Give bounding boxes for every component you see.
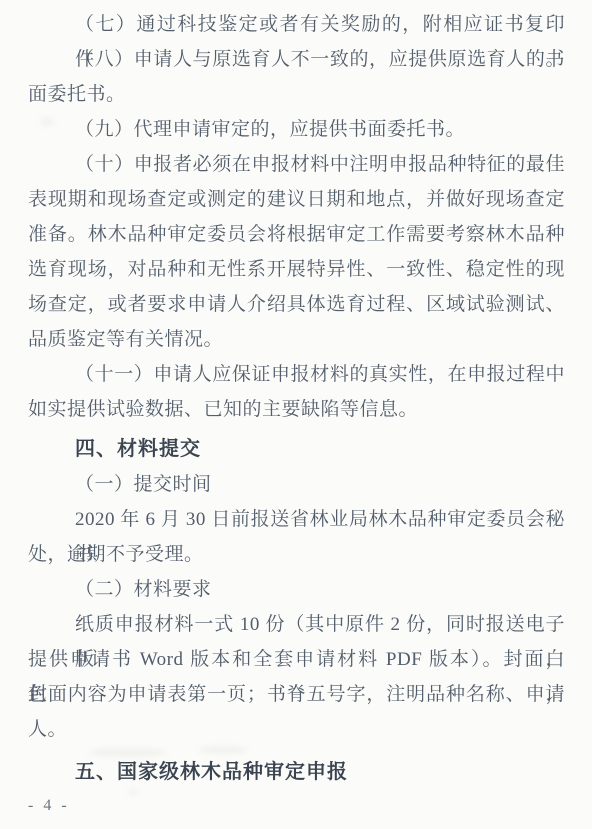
- paragraph-item-7: （七）通过科技鉴定或者有关奖励的，附相应证书复印件。: [28, 7, 565, 42]
- paragraph-item-10-line-1: （十）申报者必须在申报材料中注明申报品种特征的最佳: [28, 147, 565, 182]
- scanned-document-page: （七）通过科技鉴定或者有关奖励的，附相应证书复印件。 （八）申请人与原选育人不一…: [0, 0, 592, 829]
- paragraph-item-10-line-3: 准备。林木品种审定委员会将根据审定工作需要考察林木品种: [28, 217, 565, 252]
- paragraph-materials-line-3: 封面内容为申请表第一页；书脊五号字，注明品种名称、申请: [28, 677, 565, 712]
- paragraph-time-line-1: 2020 年 6 月 30 日前报送省林业局林木品种审定委员会秘书: [28, 502, 565, 537]
- paragraph-item-10-line-2: 表现期和现场查定或测定的建议日期和地点，并做好现场查定: [28, 182, 565, 217]
- paragraph-item-8-line-1: （八）申请人与原选育人不一致的，应提供原选育人的书: [28, 42, 565, 77]
- scan-smudge: [198, 746, 248, 754]
- paragraph-materials-line-4: 人。: [28, 712, 565, 747]
- paragraph-item-8-line-2: 面委托书。: [28, 77, 565, 112]
- paragraph-item-10-line-5: 场查定，或者要求申请人介绍具体选育过程、区域试验测试、: [28, 287, 565, 322]
- paragraph-materials-line-1: 纸质申报材料一式 10 份（其中原件 2 份，同时报送电子版，: [28, 607, 565, 642]
- paragraph-materials-line-2: 提供申请书 Word 版本和全套申请材料 PDF 版本）。封面白色，: [28, 642, 565, 677]
- subsection-heading-4-2: （二）材料要求: [28, 572, 565, 607]
- paragraph-item-9: （九）代理申请审定的，应提供书面委托书。: [28, 112, 565, 147]
- section-heading-4: 四、材料提交: [28, 432, 565, 467]
- paragraph-time-line-2: 处，逾期不予受理。: [28, 537, 565, 572]
- page-number: - 4 -: [28, 796, 565, 816]
- subsection-heading-4-1: （一）提交时间: [28, 467, 565, 502]
- paragraph-item-10-line-4: 选育现场，对品种和无性系开展特异性、一致性、稳定性的现: [28, 252, 565, 287]
- paragraph-item-11-line-2: 如实提供试验数据、已知的主要缺陷等信息。: [28, 392, 565, 427]
- paragraph-item-11-line-1: （十一）申请人应保证申报材料的真实性，在申报过程中: [28, 357, 565, 392]
- section-heading-5: 五、国家级林木品种审定申报: [28, 755, 565, 790]
- paragraph-item-10-line-6: 品质鉴定等有关情况。: [28, 322, 565, 357]
